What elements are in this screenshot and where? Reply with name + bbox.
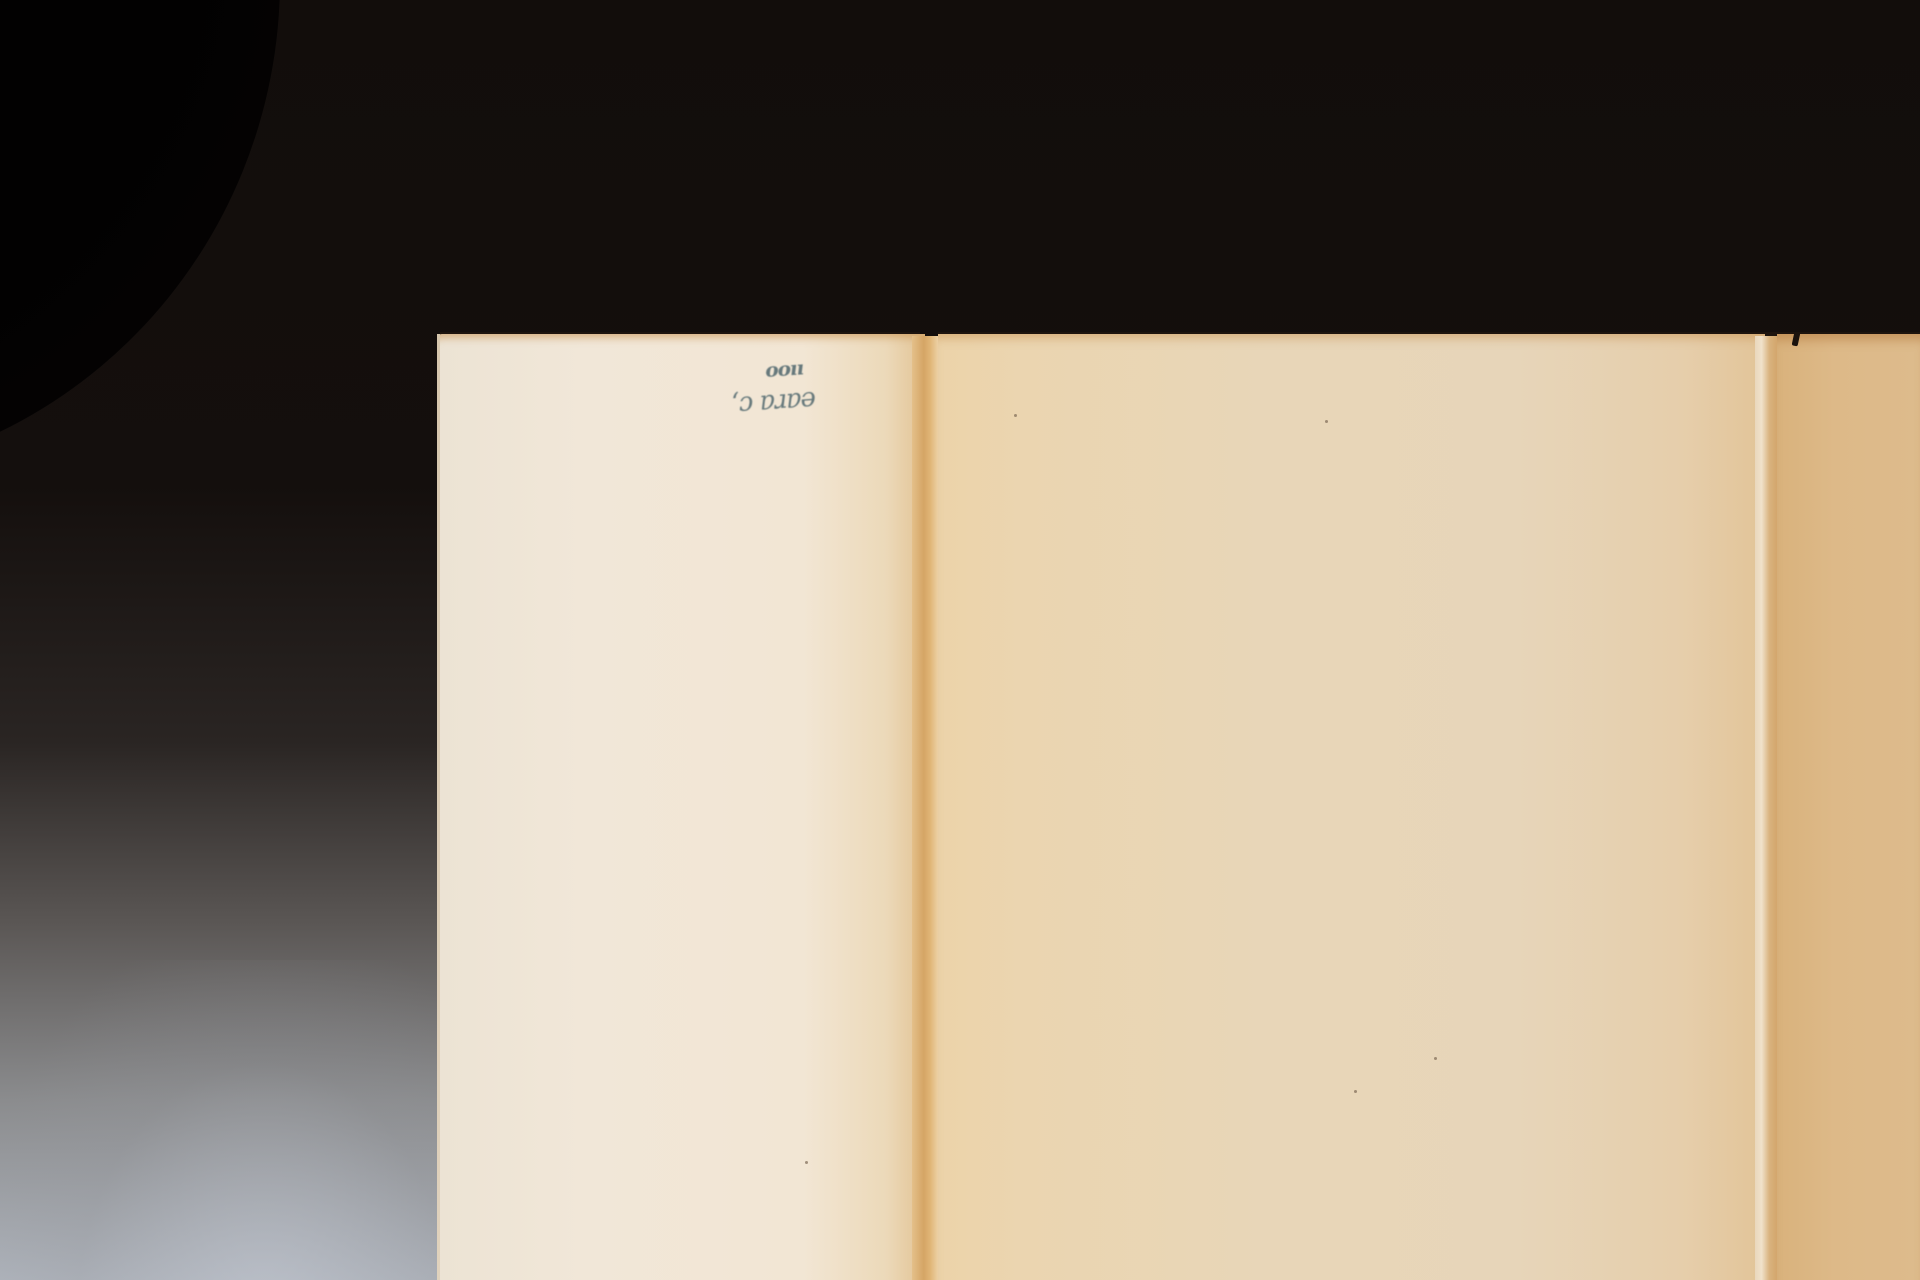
handwriting-line-2: ʻɔ ɐɹɐǝ (730, 383, 815, 419)
paper-speck (1434, 1057, 1437, 1060)
jacket-left-flap (437, 334, 925, 1280)
jacket-fold-crease (912, 336, 938, 1280)
paper-speck (805, 1161, 808, 1164)
jacket-right-panel (1777, 334, 1920, 1280)
jacket-fold-crease (1755, 336, 1777, 1280)
paper-speck (1354, 1090, 1357, 1093)
jacket-middle-panel (938, 334, 1765, 1280)
dust-jacket: ooıı ʻɔ ɐɹɐǝ (0, 0, 1920, 1280)
paper-speck (1014, 414, 1017, 417)
handwritten-notation: ooıı ʻɔ ɐɹɐǝ (722, 351, 837, 438)
handwriting-line-1: ooıı (764, 355, 803, 382)
paper-speck (1325, 420, 1328, 423)
